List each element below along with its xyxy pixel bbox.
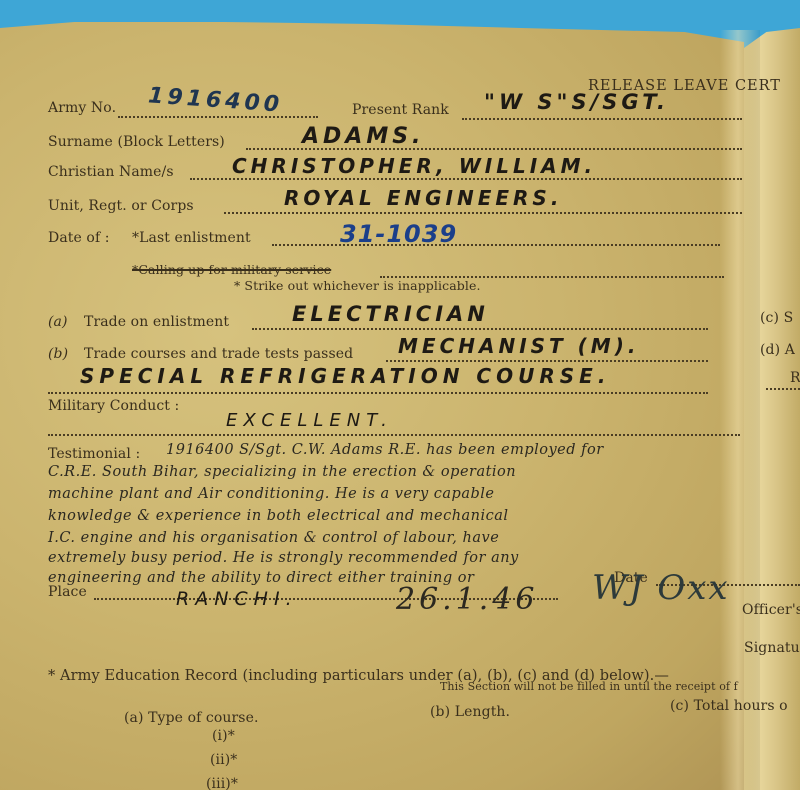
christian-names-value: CHRISTOPHER, WILLIAM. [232,154,596,178]
officer-signature: WJ Oxx [592,568,730,608]
trade-enlistment-line [252,328,708,330]
education-note: This Section will not be filled in until… [440,680,738,693]
education-item: (iii)* [206,776,238,790]
trade-enlistment-label: Trade on enlistment [84,314,229,330]
christian-names-label: Christian Name/s [48,164,174,180]
place-label: Place [48,584,87,600]
testimonial-line: knowledge & experience in both electrica… [48,508,509,524]
education-item: (i)* [212,728,235,744]
page-fold [720,30,760,790]
army-no-line [118,116,318,118]
strike-out-note: * Strike out whichever is inapplicable. [234,278,481,293]
military-conduct-value: EXCELLENT. [226,410,393,431]
present-rank-value: "W S"S/SGT. [484,90,669,114]
trade-courses-value: MECHANIST (M). [398,334,639,358]
trade-courses-line [386,360,708,362]
calling-up-label: *Calling up for military service [132,262,331,277]
education-type-of-course: (a) Type of course. [124,710,259,726]
testimonial-line: machine plant and Air conditioning. He i… [48,486,494,502]
surname-value: ADAMS. [302,124,424,149]
trade-enlistment-value: ELECTRICIAN [292,302,489,326]
testimonial-line: C.R.E. South Bihar, specializing in the … [48,464,516,480]
military-conduct-line [48,434,740,436]
date-of-label: Date of : [48,230,110,246]
last-enlistment-value: 31-1039 [340,220,457,248]
trade-a-prefix: (a) [48,314,68,330]
education-total-hours: (c) Total hours o [670,698,788,714]
education-length: (b) Length. [430,704,510,720]
right-column-d: (d) A [760,342,795,358]
right-column-r: R [790,370,800,386]
army-no-label: Army No. [48,100,116,116]
education-item: (ii)* [210,752,237,768]
officer-label: Officer's [742,602,800,618]
testimonial-line: I.C. engine and his organisation & contr… [48,530,499,546]
signature-label: Signatu [744,640,800,656]
right-column-c: (c) S [760,310,793,326]
last-enlistment-label: *Last enlistment [132,230,251,246]
testimonial-line: extremely busy period. He is strongly re… [48,550,519,566]
military-conduct-label: Military Conduct : [48,398,179,414]
trade-courses-line-2 [48,392,708,394]
surname-label: Surname (Block Letters) [48,134,225,150]
unit-value: ROYAL ENGINEERS. [284,186,562,210]
trade-b-prefix: (b) [48,346,68,362]
right-column-line [766,388,800,390]
present-rank-line [462,118,742,120]
christian-names-line [190,178,742,180]
unit-line [224,212,742,214]
testimonial-label: Testimonial : [48,446,140,462]
present-rank-label: Present Rank [352,102,449,118]
date-value: 26.1.46 [396,582,539,617]
unit-label: Unit, Regt. or Corps [48,198,194,214]
trade-courses-value-2: SPECIAL REFRIGERATION COURSE. [80,364,610,388]
trade-courses-label: Trade courses and trade tests passed [84,346,353,362]
testimonial-line: 1916400 S/Sgt. C.W. Adams R.E. has been … [166,442,604,458]
place-value: RANCHI. [176,588,298,610]
